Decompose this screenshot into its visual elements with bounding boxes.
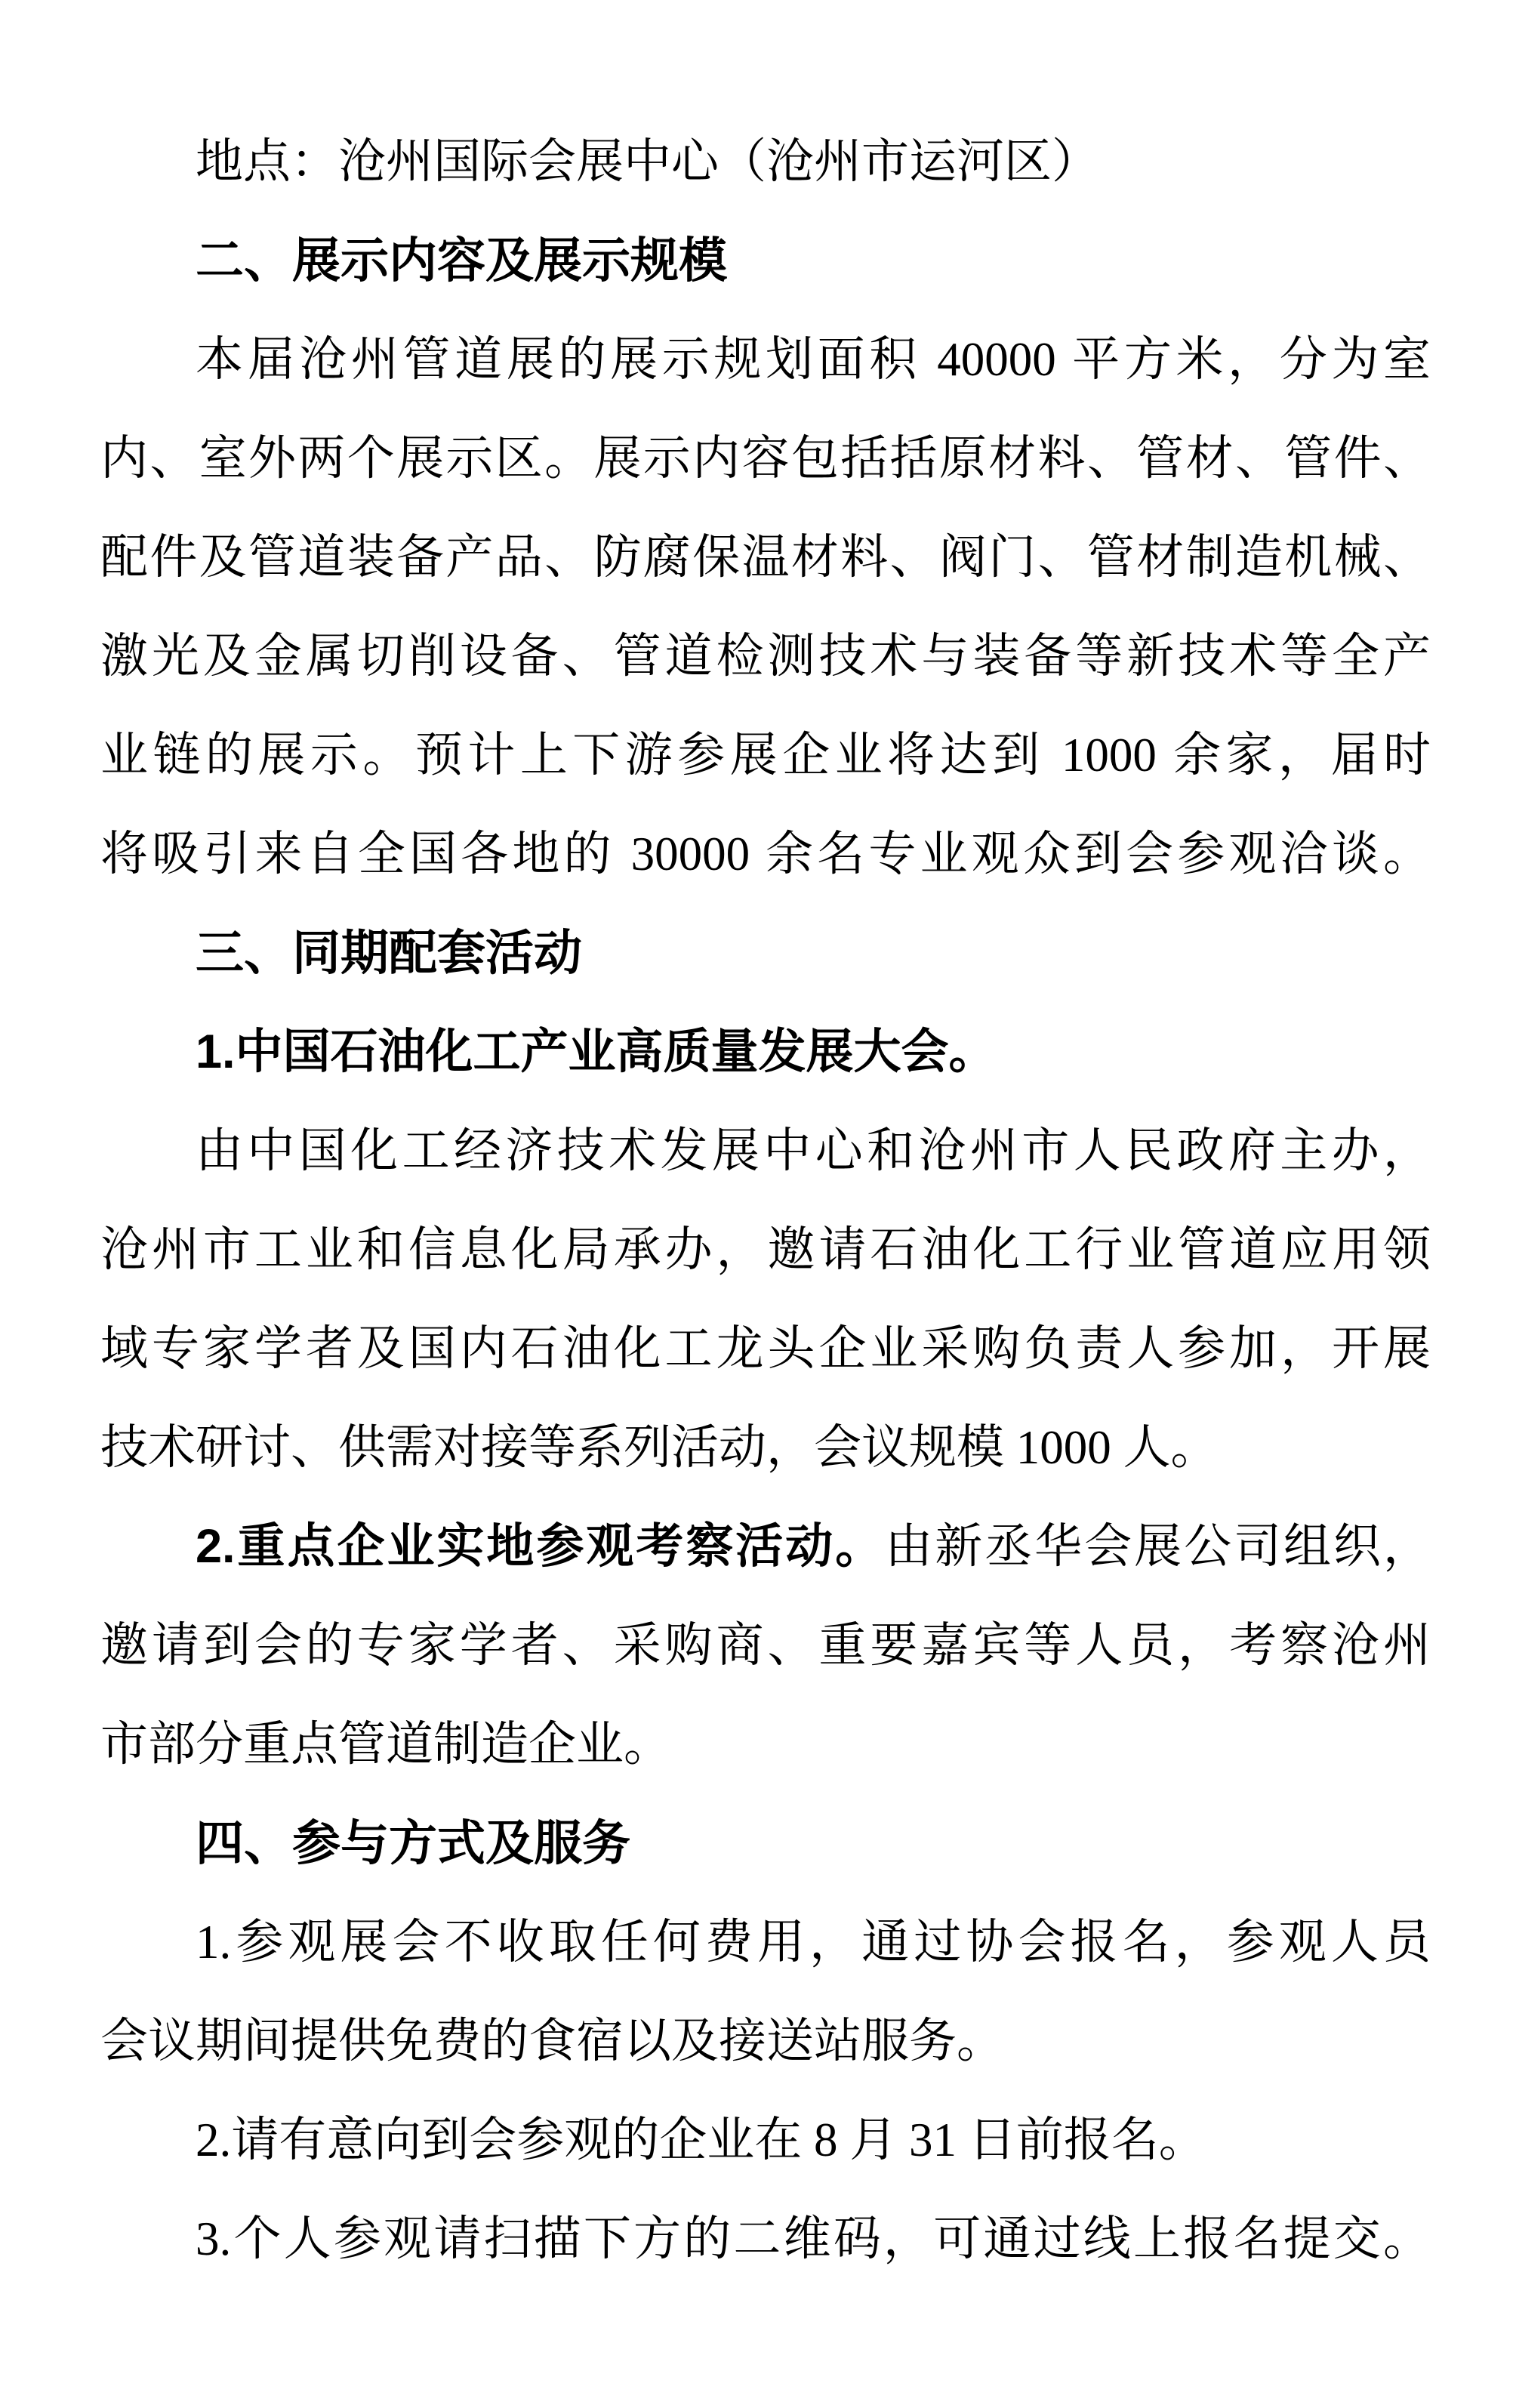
bold-text-run: 2.重点企业实地参观考察活动。	[196, 1520, 885, 1573]
text-run: 地点：沧州国际会展中心（沧州市运河区）	[196, 135, 1099, 188]
item-2-register-deadline: 2.请有意向到会参观的企业在 8 月 31 日前报名。	[100, 2091, 1431, 2190]
heading-section-4: 四、参与方式及服务	[100, 1794, 1431, 1893]
text-run: 内、室外两个展示区。展示内容包括括原材料、管材、管件、	[100, 432, 1431, 485]
para-conference-line-3: 域专家学者及国内石油化工龙头企业采购负责人参加，开展	[100, 1300, 1431, 1398]
item-1-free-visit-line-2: 会议期间提供免费的食宿以及接送站服务。	[100, 1992, 1431, 2091]
text-run: 3.个人参观请扫描下方的二维码，可通过线上报名提交。	[196, 2212, 1431, 2265]
text-run: 域专家学者及国内石油化工龙头企业采购负责人参加，开展	[100, 1322, 1431, 1375]
text-run: 会议期间提供免费的食宿以及接送站服务。	[100, 2015, 1004, 2067]
heading-section-3: 三、同期配套活动	[100, 904, 1431, 1003]
bold-text-run: 三、同期配套活动	[196, 926, 582, 980]
text-run: 技术研讨、供需对接等系列活动，会议规模 1000 人。	[100, 1421, 1219, 1474]
para-conference-line-4: 技术研讨、供需对接等系列活动，会议规模 1000 人。	[100, 1398, 1431, 1497]
para-exhibition-line-4: 激光及金属切削设备、管道检测技术与装备等新技术等全产	[100, 607, 1431, 706]
para-exhibition-line-1: 本届沧州管道展的展示规划面积 40000 平方米，分为室	[100, 310, 1431, 409]
bold-text-run: 四、参与方式及服务	[196, 1816, 630, 1870]
document-lines: 地点：沧州国际会展中心（沧州市运河区）二、展示内容及展示规模本届沧州管道展的展示…	[100, 113, 1431, 2289]
text-run: 1.参观展会不收取任何费用，通过协会报名，参观人员	[196, 1916, 1431, 1969]
para-exhibition-line-5: 业链的展示。预计上下游参展企业将达到 1000 余家，届时	[100, 706, 1431, 805]
text-run: 本届沧州管道展的展示规划面积 40000 平方米，分为室	[196, 333, 1431, 386]
text-run: 市部分重点管道制造企业。	[100, 1718, 671, 1771]
venue-line: 地点：沧州国际会展中心（沧州市运河区）	[100, 113, 1431, 211]
item-1-free-visit-line-1: 1.参观展会不收取任何费用，通过协会报名，参观人员	[100, 1893, 1431, 1992]
text-run: 配件及管道装备产品、防腐保温材料、阀门、管材制造机械、	[100, 531, 1431, 584]
para-exhibition-line-6: 将吸引来自全国各地的 30000 余名专业观众到会参观洽谈。	[100, 805, 1431, 904]
item-2-site-visit-line-3: 市部分重点管道制造企业。	[100, 1695, 1431, 1794]
text-run: 由新丞华会展公司组织，	[885, 1520, 1431, 1573]
text-run: 由中国化工经济技术发展中心和沧州市人民政府主办，	[196, 1124, 1431, 1177]
item-1-petrochemical-conference: 1.中国石油化工产业高质量发展大会。	[100, 1003, 1431, 1102]
text-run: 沧州市工业和信息化局承办，邀请石油化工行业管道应用领	[100, 1223, 1431, 1276]
bold-text-run: 二、展示内容及展示规模	[196, 233, 727, 288]
text-run: 业链的展示。预计上下游参展企业将达到 1000 余家，届时	[100, 729, 1431, 782]
text-run: 邀请到会的专家学者、采购商、重要嘉宾等人员，考察沧州	[100, 1619, 1431, 1672]
document-page: 地点：沧州国际会展中心（沧州市运河区）二、展示内容及展示规模本届沧州管道展的展示…	[0, 0, 1516, 2408]
text-run: 将吸引来自全国各地的 30000 余名专业观众到会参观洽谈。	[100, 828, 1431, 880]
item-2-site-visit-line-1: 2.重点企业实地参观考察活动。由新丞华会展公司组织，	[100, 1497, 1431, 1596]
bold-text-run: 1.中国石油化工产业高质量发展大会。	[196, 1025, 997, 1078]
item-2-site-visit-line-2: 邀请到会的专家学者、采购商、重要嘉宾等人员，考察沧州	[100, 1596, 1431, 1695]
para-conference-line-2: 沧州市工业和信息化局承办，邀请石油化工行业管道应用领	[100, 1201, 1431, 1300]
text-run: 2.请有意向到会参观的企业在 8 月 31 日前报名。	[196, 2114, 1206, 2166]
item-3-qr-registration: 3.个人参观请扫描下方的二维码，可通过线上报名提交。	[100, 2190, 1431, 2289]
para-exhibition-line-2: 内、室外两个展示区。展示内容包括括原材料、管材、管件、	[100, 409, 1431, 508]
heading-section-2: 二、展示内容及展示规模	[100, 211, 1431, 310]
para-exhibition-line-3: 配件及管道装备产品、防腐保温材料、阀门、管材制造机械、	[100, 508, 1431, 607]
para-conference-line-1: 由中国化工经济技术发展中心和沧州市人民政府主办，	[100, 1102, 1431, 1201]
text-run: 激光及金属切削设备、管道检测技术与装备等新技术等全产	[100, 630, 1431, 683]
